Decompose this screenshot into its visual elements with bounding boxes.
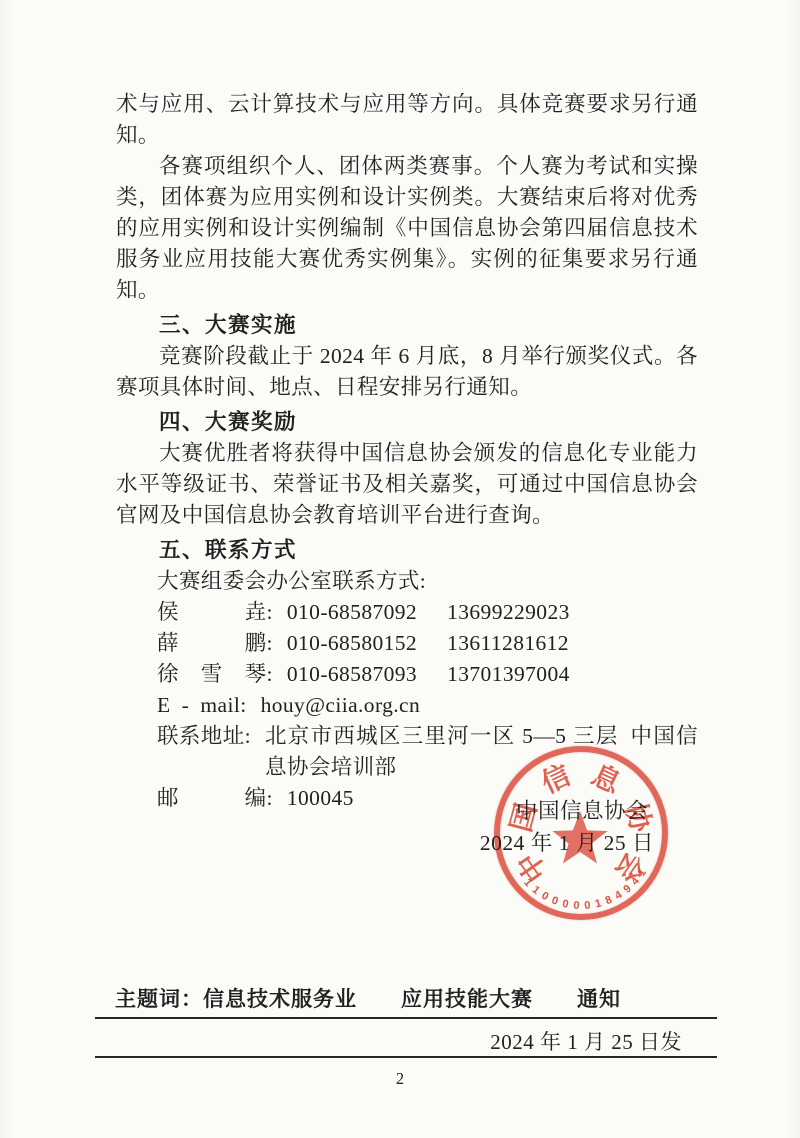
contact-mobile: 13701397004	[447, 662, 570, 686]
email-value: houy@ciia.org.cn	[261, 693, 421, 717]
seal-serial-digit: 0	[582, 898, 593, 913]
section-body-implementation: 竞赛阶段截止于 2024 年 6 月底，8 月举行颁奖仪式。各赛项具体时间、地点…	[116, 341, 698, 403]
seal-serial-digit: 0	[571, 899, 582, 914]
subject-keywords-line: 主题词：信息技术服务业 应用技能大赛 通知	[115, 983, 621, 1013]
contact-phone: 010-68587092	[287, 600, 417, 624]
section-body-awards: 大赛优胜者将获得中国信息协会颁发的信息化专业能力水平等级证书、荣誉证书及相关嘉奖…	[116, 438, 698, 531]
subject-text: 信息技术服务业 应用技能大赛 通知	[203, 988, 621, 1011]
contact-intro: 大赛组委会办公室联系方式:	[157, 566, 698, 597]
email-label: E - mail:	[157, 693, 247, 717]
contact-row-hou: 侯 垚:010-6858709213699229023	[157, 597, 698, 628]
contact-name: 徐 雪 琴:	[157, 662, 273, 686]
contact-row-xu: 徐 雪 琴:010-6858709313701397004	[157, 659, 698, 690]
section-title-contact: 五、联系方式	[116, 535, 698, 566]
footer-divider-bottom	[95, 1056, 717, 1058]
subject-label: 主题词：	[115, 988, 203, 1011]
contact-name: 侯 垚:	[157, 600, 273, 624]
scanned-notice-page: 术与应用、云计算技术与应用等方向。具体竞赛要求另行通知。 各赛项组织个人、团体两…	[0, 0, 800, 1138]
address-label: 联系地址:	[157, 721, 251, 783]
postcode-value: 100045	[287, 783, 354, 814]
contact-phone: 010-68580152	[287, 631, 417, 655]
contact-mobile: 13611281612	[447, 631, 569, 655]
contact-name: 薛 鹏:	[157, 631, 273, 655]
footer-divider-top	[95, 1017, 717, 1019]
section-title-implementation: 三、大赛实施	[116, 310, 698, 341]
paragraph-competition-types: 各赛项组织个人、团体两类赛事。个人赛为考试和实操类，团体赛为应用实例和设计实例类…	[116, 151, 698, 306]
contact-row-xue: 薛 鹏:010-6858015213611281612	[157, 628, 698, 659]
contact-mobile: 13699229023	[447, 600, 570, 624]
page-number: 2	[0, 1069, 800, 1089]
paragraph-continued: 术与应用、云计算技术与应用等方向。具体竞赛要求另行通知。	[116, 89, 698, 151]
signature-organization: 中国信息协会	[516, 794, 648, 825]
signature-date: 2024 年 1 月 25 日	[480, 826, 654, 857]
document-body: 术与应用、云计算技术与应用等方向。具体竞赛要求另行通知。 各赛项组织个人、团体两…	[116, 89, 698, 814]
issue-date: 2024 年 1 月 25 日发	[490, 1026, 682, 1056]
contact-phone: 010-68587093	[287, 662, 417, 686]
postcode-label: 邮 编:	[157, 783, 273, 814]
email-row: E - mail:houy@ciia.org.cn	[157, 690, 698, 721]
section-title-awards: 四、大赛奖励	[116, 407, 698, 438]
